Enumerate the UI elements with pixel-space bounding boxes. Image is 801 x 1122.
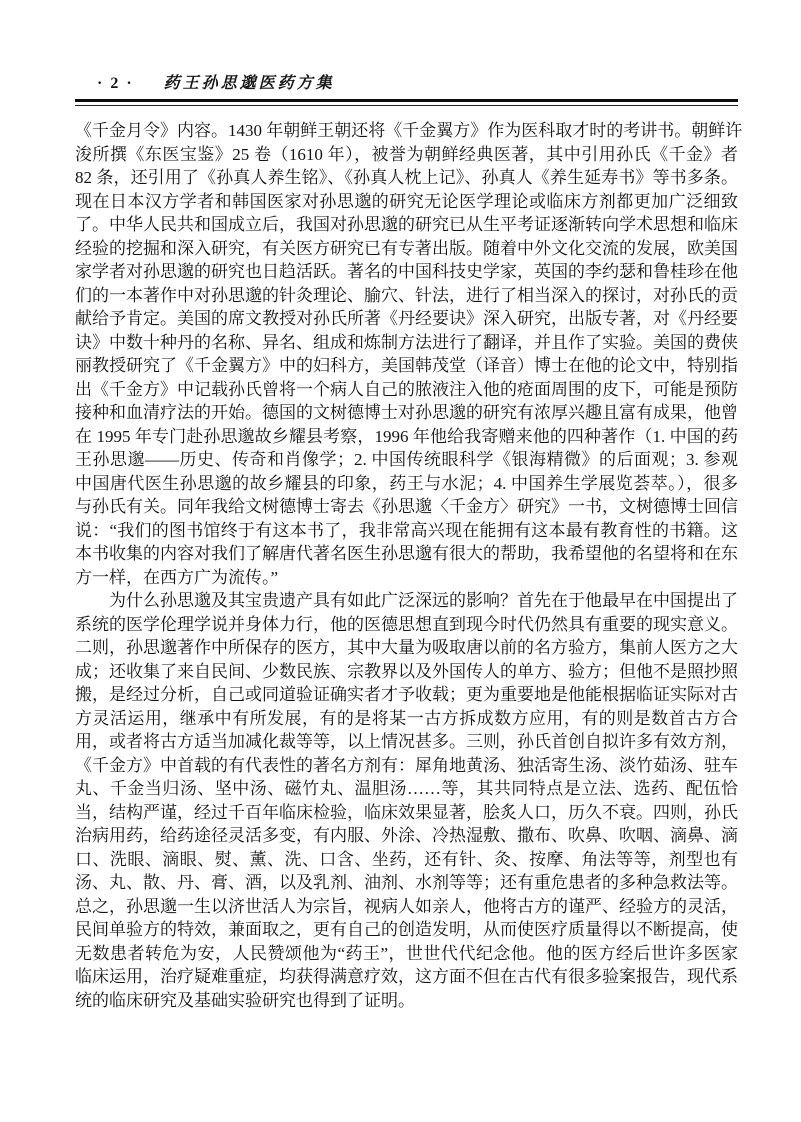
text-line: 献给予肯定。美国的席文教授对孙氏所著《丹经要诀》深入研究，出版专著，对《丹经要: [75, 307, 738, 331]
book-page: · 2 · 药王孙思邈医药方集 《千金月令》内容。1430 年朝鲜王朝还将《千金…: [0, 0, 801, 1122]
text-line: 经验的挖掘和深入研究，有关医方研究已有专著出版。随着中外文化交流的发展，欧美国: [75, 237, 738, 261]
text-line: 方灵活运用，继承中有所发展，有的是将某一古方拆成数方应用，有的则是数首古方合: [75, 707, 738, 731]
text-line: 接种和血清疗法的开始。德国的文树德博士对孙思邈的研究有浓厚兴趣且富有成果，他曾: [75, 401, 738, 425]
text-line: 二则，孙思邈著作中所保存的医方，其中大量为吸取唐以前的名方验方，集前人医方之大: [75, 636, 738, 660]
text-line: 统的临床研究及基础实验研究也得到了证明。: [75, 989, 738, 1013]
page-header: · 2 · 药王孙思邈医药方集: [75, 70, 737, 96]
page-number: · 2 ·: [97, 75, 134, 93]
text-line: 本书收集的内容对我们了解唐代著名医生孙思邈有很大的帮助，我希望他的名望将和在东: [75, 542, 738, 566]
paragraph: 《千金月令》内容。1430 年朝鲜王朝还将《千金翼方》作为医科取才时的考讲书。朝…: [75, 119, 738, 589]
paragraph: 为什么孙思邈及其宝贵遗产具有如此广泛深远的影响？首先在于他最早在中国提出了系统的…: [75, 589, 738, 1012]
text-line: 《千金方》中首载的有代表性的著名方剂有：犀角地黄汤、独活寄生汤、淡竹茹汤、驻车: [75, 754, 738, 778]
text-line: 总之，孙思邈一生以济世活人为宗旨，视病人如亲人，他将古方的谨严、经验方的灵活，: [75, 895, 738, 919]
text-line: 搬，是经过分析，自己或同道验证确实者才予收载；更为重要地是他能根据临证实际对古: [75, 683, 738, 707]
text-line: 王孙思邈——历史、传奇和肖像学；2. 中国传统眼科学《银海精微》的后面观；3. …: [75, 448, 738, 472]
text-line: 临床运用，治疗疑难重症，均获得满意疗效，这方面不但在古代有很多验案报告，现代系: [75, 965, 738, 989]
text-line: 与孙氏有关。同年我给文树德博士寄去《孙思邈〈千金方〉研究》一书，文树德博士回信: [75, 495, 738, 519]
text-line: 成；还收集了来自民间、少数民族、宗教界以及外国传人的单方、验方；但他不是照抄照: [75, 660, 738, 684]
text-line: 系统的医学伦理学说并身体力行，他的医德思想直到现今时代仍然具有重要的现实意义。: [75, 613, 738, 637]
running-title: 药王孙思邈医药方集: [164, 70, 335, 93]
text-line: 浚所撰《东医宝鉴》25 卷（1610 年），被誉为朝鲜经典医著，其中引用孙氏《千…: [75, 143, 738, 167]
text-line: 口、洗眼、滴眼、熨、薰、洗、口含、坐药，还有针、灸、按摩、角法等等，剂型也有: [75, 848, 738, 872]
text-line: 在 1995 年专门赴孙思邈故乡耀县考察，1996 年他给我寄赠来他的四种著作（…: [75, 425, 738, 449]
text-line: 了。中华人民共和国成立后，我国对孙思邈的研究已从生平考证逐渐转向学术思想和临床: [75, 213, 738, 237]
body-text: 《千金月令》内容。1430 年朝鲜王朝还将《千金翼方》作为医科取才时的考讲书。朝…: [75, 119, 738, 1012]
text-line: 汤、丸、散、丹、膏、酒，以及乳剂、油剂、水剂等等；还有重危患者的多种急救法等。: [75, 871, 738, 895]
text-line: 无数患者转危为安，人民赞颂他为“药王”，世世代代纪念他。他的医方经后世许多医家: [75, 942, 738, 966]
text-line: 诀》中数十种丹的名称、异名、组成和炼制方法进行了翻译，并且作了实验。美国的费侠: [75, 331, 738, 355]
text-line: 为什么孙思邈及其宝贵遗产具有如此广泛深远的影响？首先在于他最早在中国提出了: [75, 589, 738, 613]
text-line: 《千金月令》内容。1430 年朝鲜王朝还将《千金翼方》作为医科取才时的考讲书。朝…: [75, 119, 738, 143]
text-line: 当，结构严谨，经过千百年临床检验，临床效果显著，脍炙人口，历久不衰。四则，孙氏: [75, 801, 738, 825]
header-rule-thick: [75, 99, 738, 102]
header-rule: [75, 99, 738, 106]
text-line: 家学者对孙思邈的研究也日趋活跃。著名的中国科技史学家，英国的李约瑟和鲁桂珍在他: [75, 260, 738, 284]
text-line: 丽教授研究了《千金翼方》中的妇科方，美国韩茂堂（译音）博士在他的论文中，特别指: [75, 354, 738, 378]
text-line: 用，或者将古方适当加减化裁等等，以上情况甚多。三则，孙氏首创自拟许多有效方剂，: [75, 730, 738, 754]
text-line: 丸、千金当归汤、坚中汤、磁竹丸、温胆汤……等，其共同特点是立法、选药、配伍恰: [75, 777, 738, 801]
text-line: 们的一本著作中对孙思邈的针灸理论、腧穴、针法，进行了相当深入的探讨，对孙氏的贡: [75, 284, 738, 308]
text-line: 82 条，还引用了《孙真人养生铭》、《孙真人枕上记》、孙真人《养生延寿书》等书多…: [75, 166, 738, 190]
text-line: 现在日本汉方学者和韩国医家对孙思邈的研究无论医学理论或临床方剂都更加广泛细致: [75, 190, 738, 214]
text-line: 治病用药，给药途径灵活多变，有内服、外涂、冷热湿敷、撒布、吹鼻、吹咽、滴鼻、滴: [75, 824, 738, 848]
text-line: 方一样，在西方广为流传。”: [75, 566, 738, 590]
text-line: 出《千金方》中记载孙氏曾将一个病人自己的脓液注入他的疮面周围的皮下，可能是预防: [75, 378, 738, 402]
text-line: 中国唐代医生孙思邈的故乡耀县的印象，药王与水泥；4. 中国养生学展览荟萃。），很…: [75, 472, 738, 496]
header-rule-thin: [75, 105, 738, 106]
text-line: 民间单验方的特效，兼面取之，更有自己的创造发明，从而使医疗质量得以不断提高，使: [75, 918, 738, 942]
text-line: 说：“我们的图书馆终于有这本书了，我非常高兴现在能拥有这本最有教育性的书籍。这: [75, 519, 738, 543]
